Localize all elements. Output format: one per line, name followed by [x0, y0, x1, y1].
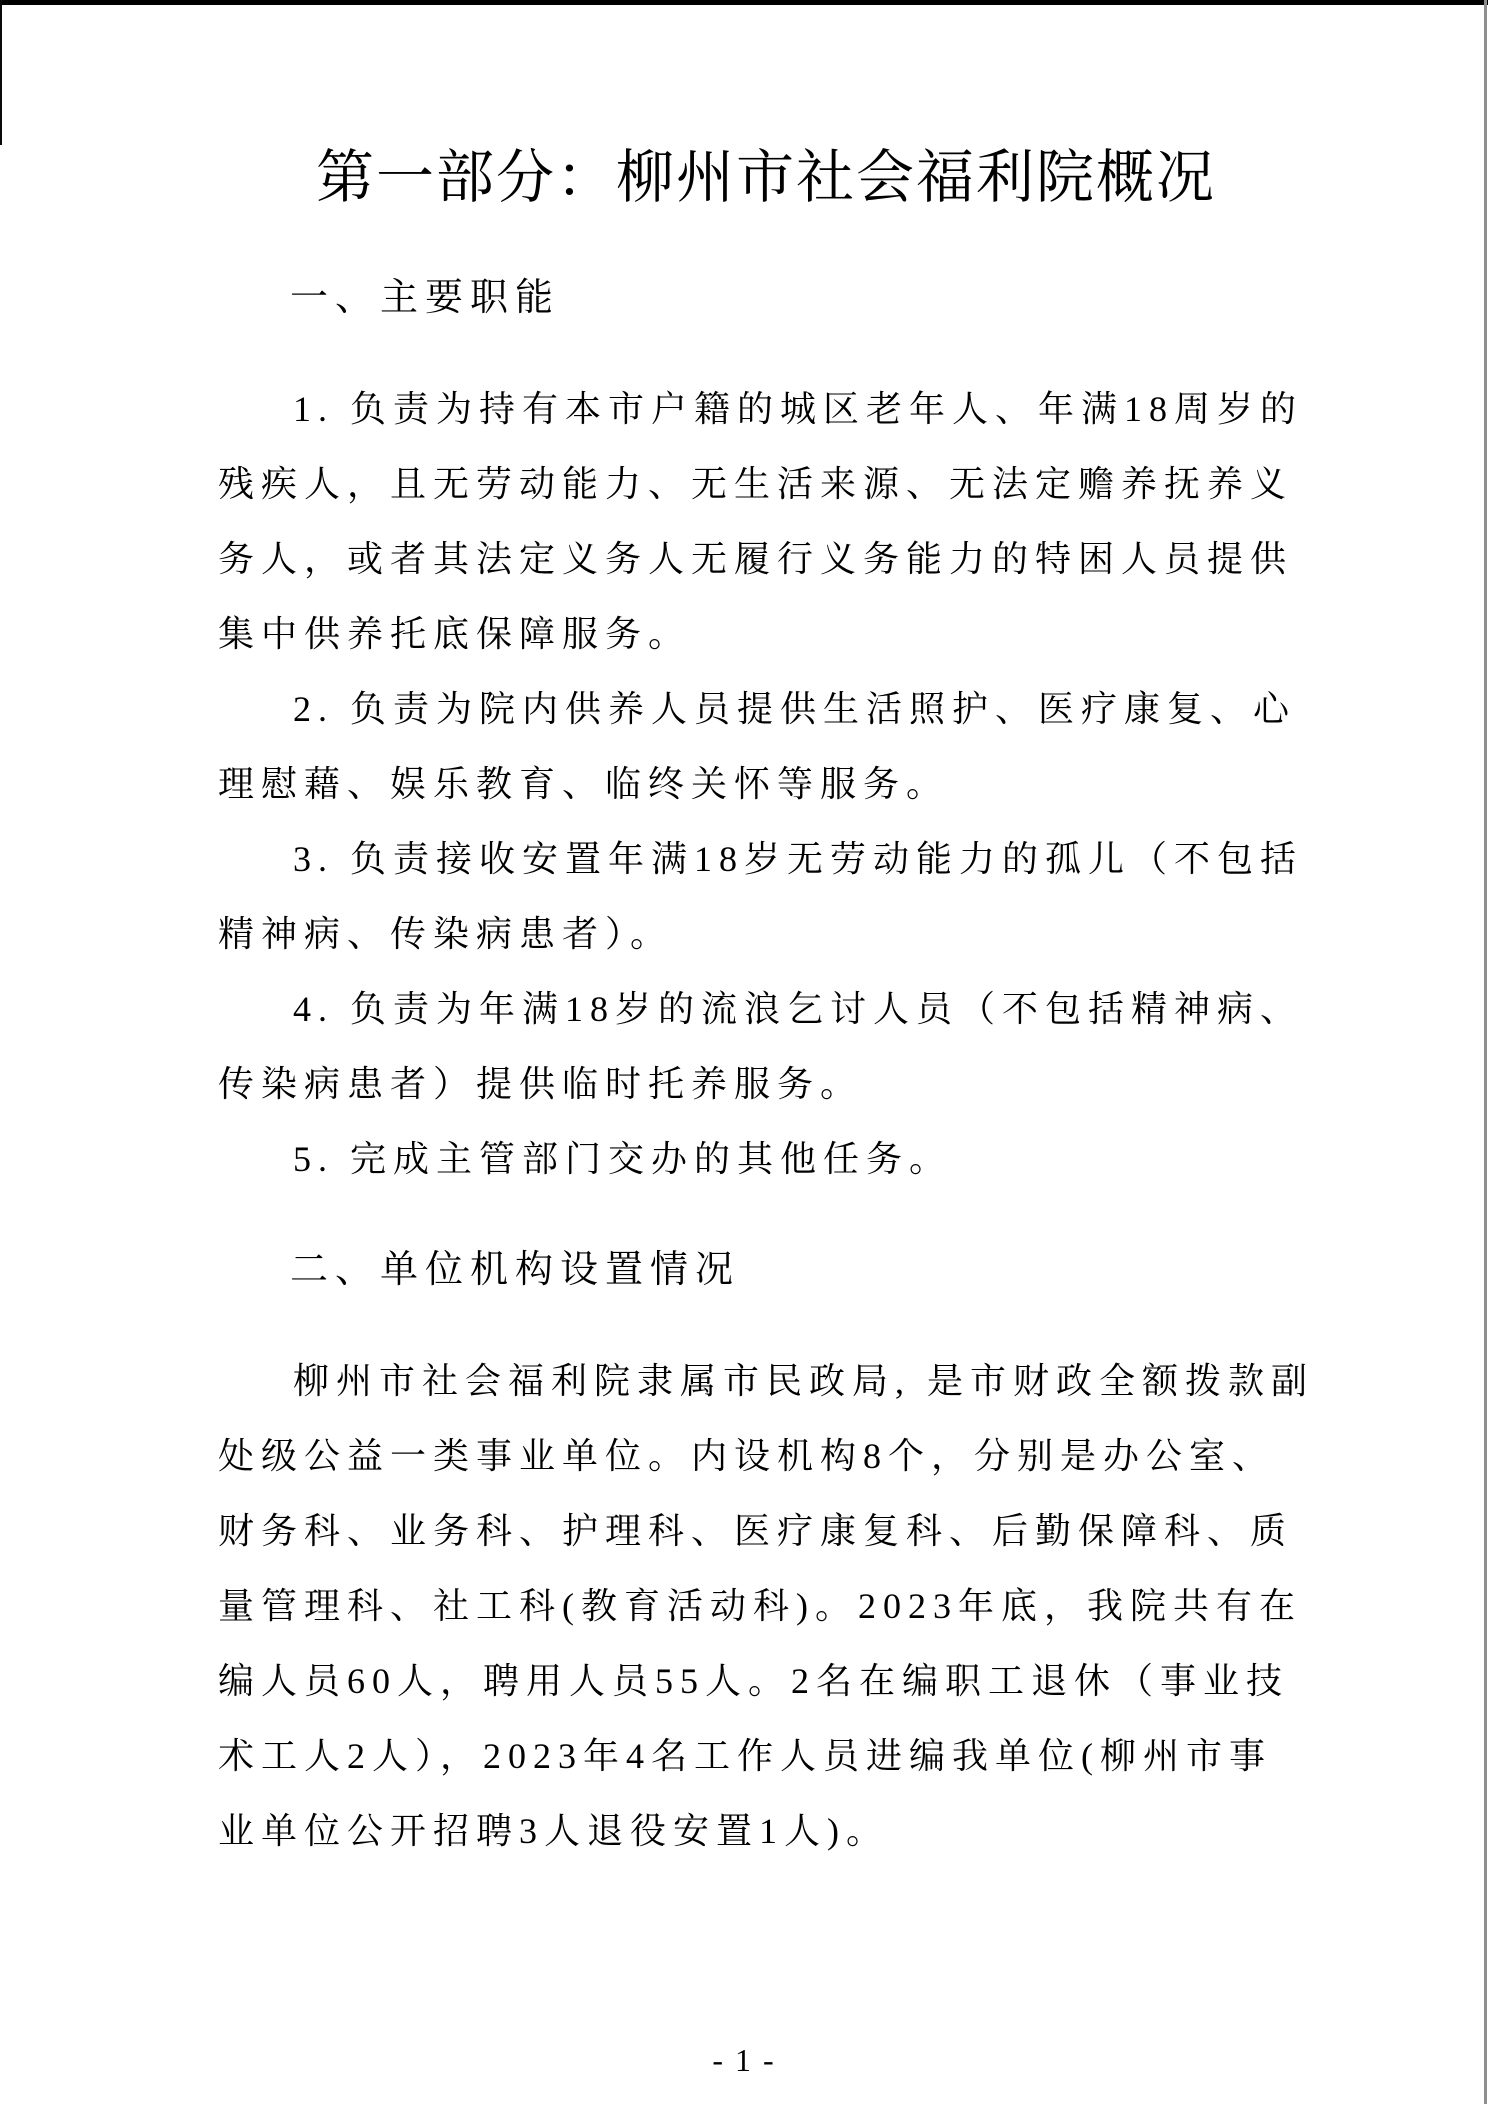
- document-title: 第一部分：柳州市社会福利院概况: [218, 148, 1314, 208]
- scan-border-right: [1484, 0, 1487, 2104]
- section-2-heading: 二、单位机构设置情况: [290, 1246, 1314, 1294]
- section-2-paragraphs: 柳州市社会福利院隶属市民政局, 是市财政全额拨款副处级公益一类事业单位。内设机构…: [218, 1344, 1314, 1869]
- paragraph: 5. 完成主管部门交办的其他任务。: [218, 1122, 1314, 1197]
- paragraph: 3. 负责接收安置年满18岁无劳动能力的孤儿（不包括精神病、传染病患者）。: [218, 822, 1314, 972]
- page-number: - 1 -: [0, 2042, 1488, 2078]
- paragraph: 1. 负责为持有本市户籍的城区老年人、年满18周岁的残疾人，且无劳动能力、无生活…: [218, 372, 1314, 672]
- paragraph: 4. 负责为年满18岁的流浪乞讨人员（不包括精神病、传染病患者）提供临时托养服务…: [218, 972, 1314, 1122]
- document-body: 第一部分：柳州市社会福利院概况 一、主要职能 1. 负责为持有本市户籍的城区老年…: [218, 0, 1314, 1869]
- paragraph: 柳州市社会福利院隶属市民政局, 是市财政全额拨款副处级公益一类事业单位。内设机构…: [218, 1344, 1314, 1869]
- section-1-paragraphs: 1. 负责为持有本市户籍的城区老年人、年满18周岁的残疾人，且无劳动能力、无生活…: [218, 372, 1314, 1197]
- section-1-heading: 一、主要职能: [290, 274, 1314, 322]
- scan-border-left: [0, 0, 2, 145]
- document-page: { "document": { "title": "第一部分：柳州市社会福利院概…: [0, 0, 1488, 2104]
- paragraph: 2. 负责为院内供养人员提供生活照护、医疗康复、心理慰藉、娱乐教育、临终关怀等服…: [218, 672, 1314, 822]
